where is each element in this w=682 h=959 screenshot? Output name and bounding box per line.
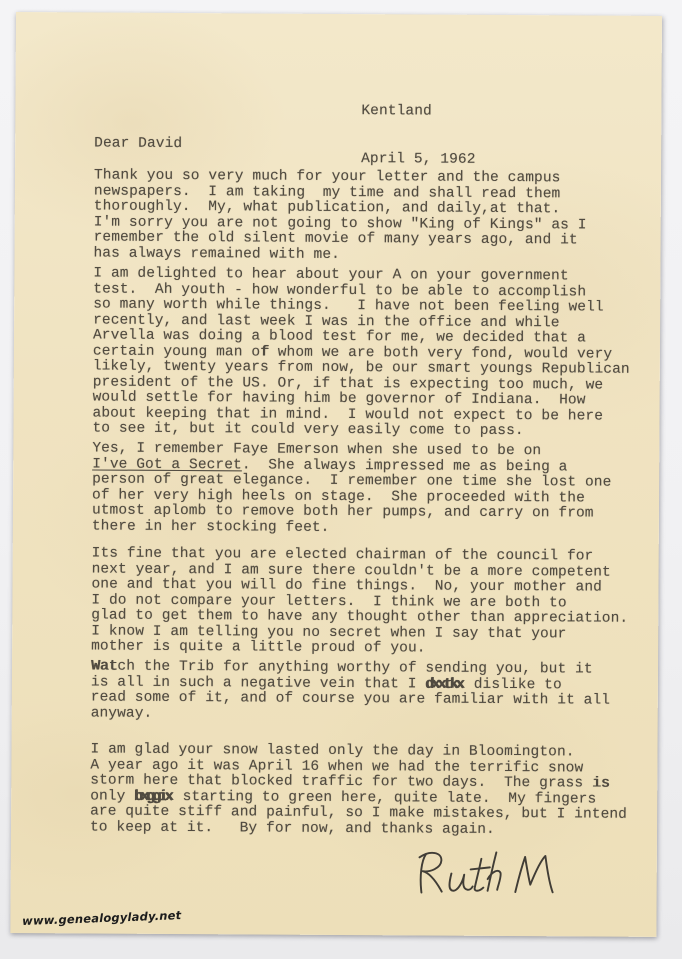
letter-line: mother is quite a little proud of you. (91, 639, 628, 658)
letter-body: Thank you so very much for your letter a… (16, 12, 662, 16)
letter-paragraph: Its fine that you are elected chairman o… (91, 546, 629, 658)
typed-text: read some of it, and of course you are f… (91, 689, 610, 708)
letter-line: anyway. (91, 706, 610, 725)
letter-line: to see it, but it could very easily come… (92, 421, 629, 440)
typed-text: has always remained with me. (93, 245, 340, 263)
typed-text: only (90, 788, 134, 804)
typed-text: dislike to (465, 676, 562, 693)
letter-line: has always remained with me. (93, 246, 586, 265)
typed-text: mother is quite a little proud of you. (91, 638, 426, 656)
overstruck-text: Wat (91, 658, 118, 674)
overstruck-text: dxxtkx (425, 676, 465, 692)
letter-line: read some of it, and of course you are f… (91, 690, 610, 709)
overstruck-text: bxggix (134, 788, 174, 804)
letter-paragraph: Yes, I remember Faye Emerson when she us… (92, 441, 612, 537)
letter-paragraph: I am delighted to hear about your A on y… (92, 266, 630, 440)
letter-page: Kentland April 5, 1962 Dear David Thank … (10, 12, 662, 937)
overstruck-text: is (592, 776, 610, 792)
scan-background: { "scan": { "watermark": "www.genealogyl… (0, 0, 682, 959)
underlined-text: I've Got a Secret (92, 456, 242, 473)
signature-handwriting: Ruth M (409, 842, 569, 909)
letter-paragraph: Watch the Trib for anything worthy of se… (91, 659, 611, 724)
letter-line: there in her stocking feet. (92, 519, 611, 538)
letter-line: to keep at it. By for now, and thanks ag… (90, 820, 627, 839)
letter-place: Kentland (361, 103, 476, 121)
letter-salutation: Dear David (94, 136, 182, 152)
typed-text: anyway. (91, 705, 153, 721)
letter-paragraph: I am glad your snow lasted only the day … (90, 742, 627, 838)
typed-text: certain young man o (93, 343, 260, 360)
letter-date: April 5, 1962 (361, 151, 476, 169)
signature-strokes (419, 852, 553, 893)
overstruck-text: f (260, 344, 269, 360)
typed-text: to see it, but it could very easily come… (92, 420, 523, 439)
watermark-url: www.genealogylady.net (22, 908, 182, 928)
typed-text: there in her stocking feet. (92, 518, 330, 535)
letter-paragraph: Thank you so very much for your letter a… (93, 168, 586, 264)
typed-text: to keep at it. By for now, and thanks ag… (90, 819, 495, 837)
